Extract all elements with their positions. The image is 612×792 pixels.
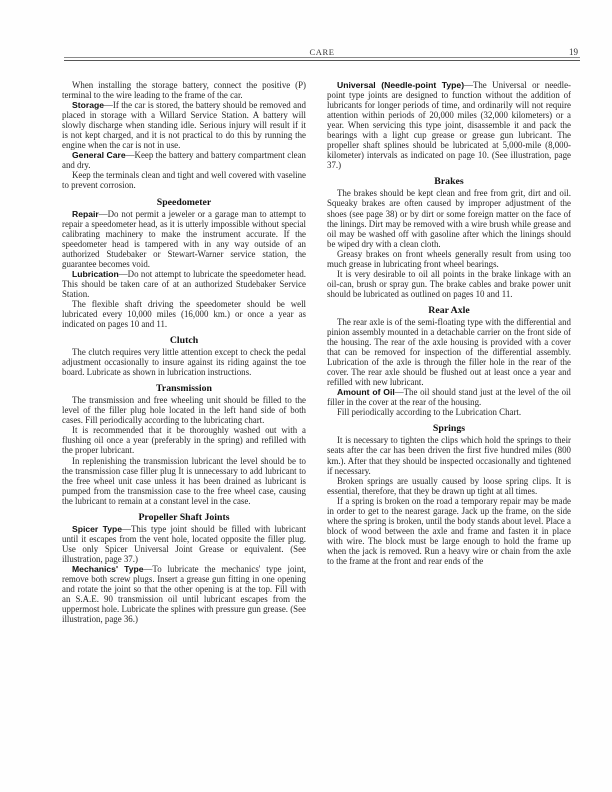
mechanics-paragraph: Mechanics' Type—To lubricate the mechani… [62,564,306,624]
general-care-label: General Care [72,150,126,160]
spicer-label: Spicer Type [72,524,122,534]
transmission-paragraph: The transmission and free wheeling unit … [62,395,306,425]
repair-paragraph: Repair—Do not permit a jeweler or a gara… [62,209,306,269]
lubrication-label: Lubrication [72,269,119,279]
speedometer-heading: Speedometer [62,197,306,208]
manual-page: CARE 19 When installing the storage batt… [0,0,612,792]
universal-paragraph: Universal (Needle-point Type)—The Univer… [327,80,571,170]
page-number: 19 [569,47,578,57]
universal-label: Universal (Needle-point Type) [337,80,464,90]
left-column: When installing the storage battery, con… [62,80,306,624]
section-title: CARE [64,47,580,57]
clutch-heading: Clutch [62,335,306,346]
header-rule [64,57,580,61]
brakes-paragraph: The brakes should be kept clean and free… [327,188,571,248]
amount-of-oil-paragraph: Amount of Oil—The oil should stand just … [327,387,571,407]
transmission-heading: Transmission [62,383,306,394]
springs-paragraph: It is necessary to tighten the clips whi… [327,435,571,475]
storage-label: Storage [72,100,104,110]
fill-paragraph: Fill periodically according to the Lubri… [327,407,571,417]
clutch-paragraph: The clutch requires very little attentio… [62,347,306,377]
springs-paragraph: Broken springs are usually caused by loo… [327,476,571,496]
rear-axle-heading: Rear Axle [327,305,571,316]
amount-of-oil-label: Amount of Oil [337,387,395,397]
springs-paragraph: If a spring is broken on the road a temp… [327,496,571,566]
general-care-paragraph: General Care—Keep the battery and batter… [62,150,306,170]
repair-label: Repair [72,209,99,219]
lubrication-paragraph: Lubrication—Do not attempt to lubricate … [62,269,306,299]
right-column: Universal (Needle-point Type)—The Univer… [327,80,571,566]
terminals-paragraph: Keep the terminals clean and tight and w… [62,170,306,190]
mechanics-label: Mechanics' Type [72,564,144,574]
flexible-shaft-paragraph: The flexible shaft driving the speedomet… [62,299,306,329]
brakes-heading: Brakes [327,176,571,187]
springs-heading: Springs [327,423,571,434]
rear-axle-paragraph: The rear axle is of the semi-floating ty… [327,317,571,387]
battery-install-paragraph: When installing the storage battery, con… [62,80,306,100]
repair-text: —Do not permit a jeweler or a garage man… [62,209,306,269]
spicer-paragraph: Spicer Type—This type joint should be fi… [62,524,306,564]
transmission-paragraph: In replenishing the transmission lubrica… [62,456,306,506]
brakes-paragraph: Greasy brakes on front wheels generally … [327,249,571,269]
storage-paragraph: Storage—If the car is stored, the batter… [62,100,306,150]
propeller-heading: Propeller Shaft Joints [62,512,306,523]
transmission-paragraph: It is recommended that it be thoroughly … [62,425,306,455]
brakes-paragraph: It is very desirable to oil all points i… [327,269,571,299]
universal-text: —The Universal or needle-point type join… [327,80,571,170]
